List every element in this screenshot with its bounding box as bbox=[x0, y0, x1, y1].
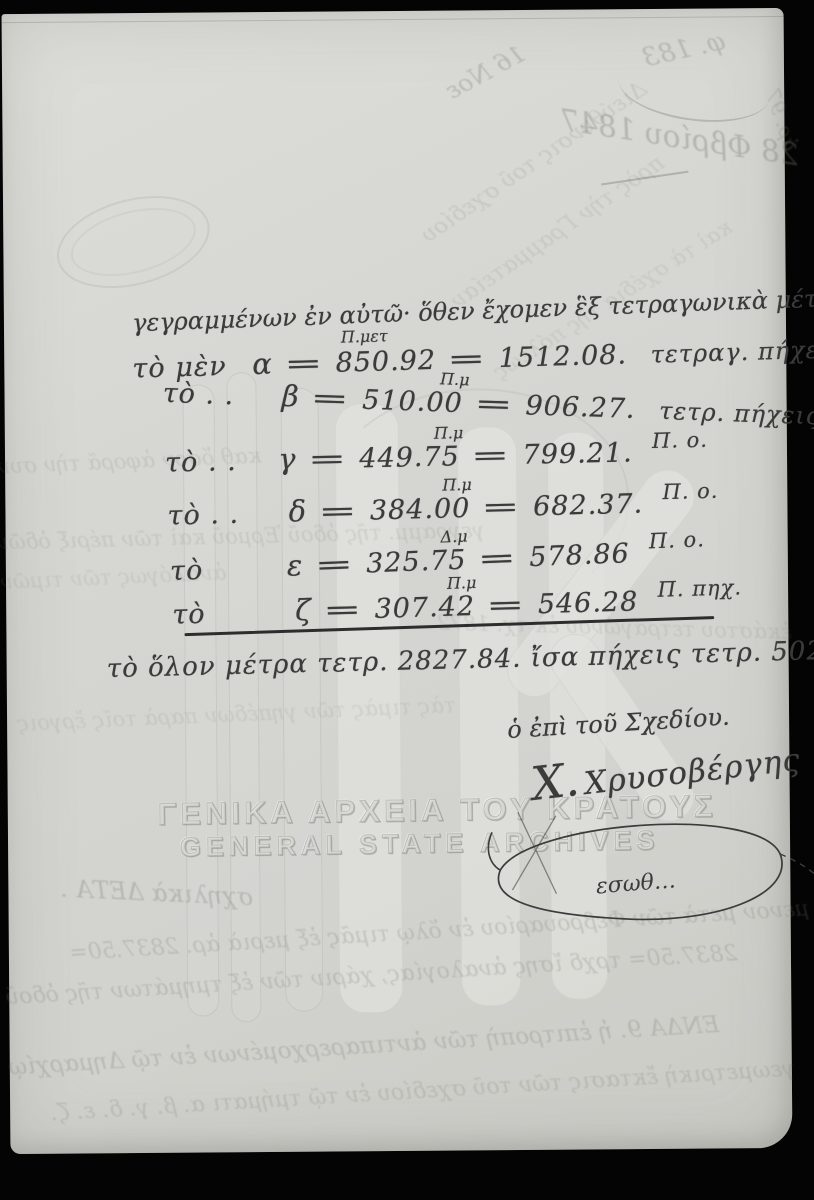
row-prefix: τὸ bbox=[172, 599, 206, 631]
square-meters-value: 384.00 bbox=[370, 493, 471, 527]
row-prefix: τὸ . . bbox=[167, 499, 239, 532]
square-peches-value: 546.28 bbox=[537, 586, 638, 620]
square-peches-value: 682.37. bbox=[533, 489, 644, 523]
square-meters-value: 510.00 bbox=[362, 385, 463, 419]
square-meters-value: 449.75 bbox=[359, 441, 460, 474]
measurement-row-delta: τὸ . . δ = Π.μ384.00 = 682.37. Π. ο. bbox=[167, 484, 719, 532]
unit-superscript: Π.μ bbox=[442, 475, 472, 495]
row-unit-label: Π. πηχ. bbox=[657, 575, 742, 601]
row-prefix: τὸ bbox=[169, 555, 203, 587]
unit-superscript: Δ.μ bbox=[440, 526, 468, 546]
equals-sign: = bbox=[471, 440, 512, 472]
equals-sign: = bbox=[318, 496, 359, 528]
row-letter: β bbox=[281, 379, 300, 414]
unit-superscript: Π.μ bbox=[447, 573, 477, 593]
signature-flourish: εσωθ… bbox=[478, 796, 814, 949]
row-unit-label: Π. ο. bbox=[648, 527, 705, 553]
square-meters-value: 850.92 bbox=[335, 345, 436, 379]
equals-sign: = bbox=[314, 549, 355, 582]
bleed-line-delta: σχηλικὰ ΔΕΤΑ . bbox=[60, 875, 254, 912]
manuscript-page: ΓΕΝΙΚΑ ΑΡΧΕΙΑ ΤΟΥ ΚΡΑΤΟΥΣ GENERAL STATE … bbox=[2, 8, 793, 1154]
row-letter: γ bbox=[278, 442, 297, 476]
unit-superscript: Π.μετ bbox=[341, 326, 388, 346]
equals-sign: = bbox=[284, 348, 325, 380]
equals-sign: = bbox=[308, 444, 349, 476]
square-peches-value: 578.86 bbox=[529, 538, 631, 573]
paper-edge-line bbox=[2, 16, 784, 23]
row-letter: ε bbox=[286, 548, 304, 583]
row-letter: α bbox=[252, 347, 274, 382]
row-unit-label: τετρ. πήχεις. bbox=[659, 397, 814, 431]
signature-title: ὁ ἐπὶ τοῦ Σχεδίου. bbox=[506, 703, 730, 744]
unit-superscript: Π.μ bbox=[434, 423, 464, 443]
equals-sign: = bbox=[323, 594, 364, 626]
equals-sign: = bbox=[310, 383, 351, 415]
emblem-bar bbox=[182, 384, 219, 1016]
signature-flourish-note: εσωθ… bbox=[595, 868, 677, 899]
row-letter: δ bbox=[288, 494, 307, 528]
square-peches-value: 1512.08. bbox=[498, 339, 627, 374]
square-peches-value: 799.21. bbox=[522, 437, 633, 470]
equals-sign: = bbox=[477, 543, 518, 576]
square-meters-value: 307.42 bbox=[374, 591, 475, 625]
unit-superscript: Π.μ bbox=[440, 369, 470, 389]
equals-sign: = bbox=[481, 492, 522, 524]
row-prefix: τὸ . . bbox=[162, 378, 235, 411]
measurement-row-gamma: τὸ . . γ = Π.μ449.75 = 799.21. Π. ο. bbox=[165, 433, 709, 479]
document-scan: ΓΕΝΙΚΑ ΑΡΧΕΙΑ ΤΟΥ ΚΡΑΤΟΥΣ GENERAL STATE … bbox=[0, 0, 814, 1200]
bleed-number-note: 16 Νοε bbox=[441, 39, 530, 105]
row-unit-label: Π. ο. bbox=[652, 428, 708, 453]
row-prefix: τὸ . . bbox=[165, 446, 237, 479]
equals-sign: = bbox=[474, 388, 515, 420]
square-peches-value: 906.27. bbox=[525, 390, 636, 425]
row-letter: ζ bbox=[295, 593, 313, 627]
measurement-row-beta: τὸ . . β = Π.μ510.00 = 906.27. τετρ. πήχ… bbox=[162, 375, 814, 432]
bleed-line: τὰς τιμὰς τῶν γηπέδων παρὰ τοῖς ἔργοις bbox=[17, 693, 456, 736]
total-line: τὸ ὅλον μέτρα τετρ. 2827.84. ἴσα πήχεις … bbox=[106, 634, 814, 684]
row-unit-label: τετραγ. πήχεις. bbox=[650, 335, 814, 369]
equals-sign: = bbox=[486, 590, 527, 622]
row-unit-label: Π. ο. bbox=[662, 479, 719, 504]
